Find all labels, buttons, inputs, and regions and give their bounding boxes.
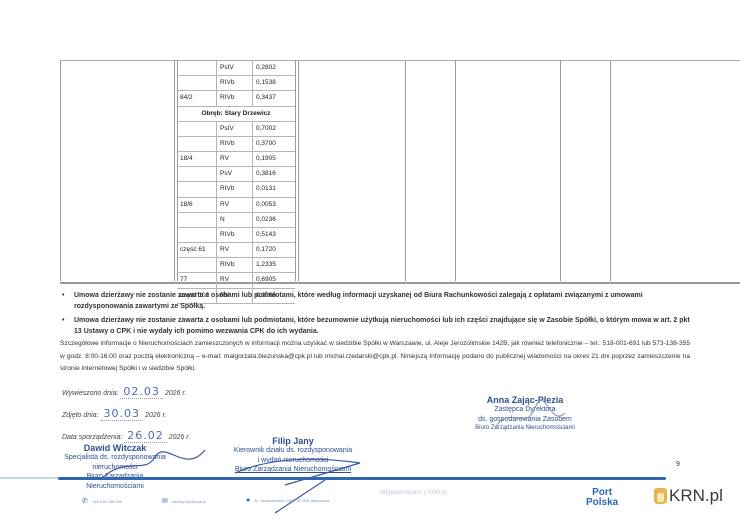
table-row: RIVb0,1538 — [177, 76, 295, 91]
area-cell: 1,2335 — [253, 258, 295, 272]
parcel-subtable: PsIV0,2802RIVb0,153884/2RIVb0,3437 Obręb… — [177, 61, 295, 304]
class-cell: PsIV — [217, 122, 253, 136]
parcel-cell — [177, 61, 217, 75]
table-row: PsIV0,2802 — [177, 61, 295, 76]
port-polska-logo: Port Polska — [586, 488, 618, 508]
parcel-cell: 84/2 — [177, 91, 217, 105]
parcel-cell: 18/4 — [177, 152, 217, 166]
footer-email: ✉ zasoby.cpk@cpk.pl — [162, 497, 206, 505]
table-row: 18/4RV0,1905 — [177, 152, 295, 167]
class-cell: N — [217, 213, 253, 227]
area-cell: 0,3816 — [253, 167, 295, 181]
area-cell: 0,0236 — [253, 213, 295, 227]
area-cell: 0,6905 — [253, 273, 295, 287]
table-divider — [560, 60, 561, 281]
page-number: 9 — [676, 461, 680, 468]
footer-address: ● Al. Jerozolimskie 142B, 02-305 Warszaw… — [246, 497, 329, 504]
location-pin-icon: ● — [246, 497, 250, 504]
condition-item: Umowa dzierżawy nie zostanie zawarta z o… — [60, 315, 690, 337]
table-divider — [405, 60, 406, 281]
table-row: 77RV0,6905 — [177, 273, 295, 288]
conditions-list: Umowa dzierżawy nie zostanie zawarta z o… — [60, 290, 690, 340]
class-cell: PsV — [217, 167, 253, 181]
table-row: RIVb0,0131 — [177, 182, 295, 197]
removed-date-value: 30.03 — [101, 407, 144, 421]
table-divider — [455, 60, 456, 281]
area-cell: 0,0131 — [253, 182, 295, 196]
parcel-cell — [177, 122, 217, 136]
class-cell: RIVb — [217, 76, 253, 90]
area-cell: 0,0053 — [253, 198, 295, 212]
phone-icon: ✆ — [82, 497, 88, 505]
class-cell: RV — [217, 273, 253, 287]
posted-date: Wywieszono dnia: 02.03 2026 r. — [62, 385, 186, 398]
area-cell: 0,1905 — [253, 152, 295, 166]
area-cell: 0,7002 — [253, 122, 295, 136]
prepared-date: Data sporządzenia: 26.02 2026 r. — [62, 429, 190, 442]
table-row: część 61RV0,1720 — [177, 243, 295, 258]
table-row: PsIV0,7002 — [177, 122, 295, 137]
parcel-table — [60, 60, 740, 284]
parcel-cell — [177, 213, 217, 227]
class-cell: RIVb — [217, 258, 253, 272]
info-paragraph: Szczegółowe informacje o Nieruchomościac… — [60, 338, 690, 376]
area-cell: 0,3437 — [253, 91, 295, 105]
condition-item: Umowa dzierżawy nie zostanie zawarta z o… — [60, 290, 690, 312]
removed-date: Zdjęto dnia: 30.03 2026 r. — [62, 407, 167, 420]
house-icon — [654, 488, 667, 504]
class-cell: RIVb — [217, 182, 253, 196]
email-icon: ✉ — [162, 497, 168, 505]
prepared-date-value: 26.02 — [124, 429, 167, 443]
footer-rule — [58, 477, 666, 480]
class-cell: RV — [217, 152, 253, 166]
krn-logo[interactable]: KRN.pl — [654, 486, 723, 506]
area-cell: 0,2802 — [253, 61, 295, 75]
table-row: RIVb0,3700 — [177, 137, 295, 152]
table-row: RIVb1,2335 — [177, 258, 295, 273]
parcel-cell: część 61 — [177, 243, 217, 257]
area-cell: 0,1538 — [253, 76, 295, 90]
table-divider — [174, 60, 175, 281]
class-cell: RV — [217, 243, 253, 257]
table-row: PsV0,3816 — [177, 167, 295, 182]
area-cell: 0,5143 — [253, 228, 295, 242]
parcel-cell — [177, 76, 217, 90]
parcel-cell — [177, 228, 217, 242]
table-divider — [610, 60, 611, 281]
class-cell: PsIV — [217, 61, 253, 75]
table-row: N0,0236 — [177, 213, 295, 228]
table-divider — [60, 60, 61, 281]
posted-date-value: 02.03 — [120, 385, 163, 399]
class-cell: RV — [217, 198, 253, 212]
parcel-cell — [177, 258, 217, 272]
class-cell: RIVb — [217, 137, 253, 151]
class-cell: RIVb — [217, 228, 253, 242]
table-divider — [295, 60, 296, 281]
table-divider — [298, 60, 299, 281]
area-cell: 0,1720 — [253, 243, 295, 257]
parcel-cell: 18/6 — [177, 198, 217, 212]
table-row: 84/2RIVb0,3437 — [177, 91, 295, 106]
parcel-cell — [177, 182, 217, 196]
parcel-cell — [177, 167, 217, 181]
parcel-cell — [177, 137, 217, 151]
parcel-cell: 77 — [177, 273, 217, 287]
watermark: Wygenerowano z KRN.pl — [380, 490, 447, 496]
table-row: RIVb0,5143 — [177, 228, 295, 243]
obreb-header: Obręb: Stary Drzewicz — [177, 107, 295, 122]
signature-block-witczak: Dawid Witczak Specjalista ds. rozdyspono… — [60, 443, 170, 491]
document-page: PsIV0,2802RIVb0,153884/2RIVb0,3437 Obręb… — [0, 0, 740, 524]
table-row: 18/6RV0,0053 — [177, 198, 295, 213]
signature-block-zajac-plezia: Anna Zając-Plezia Zastępca Dyrektora ds.… — [455, 395, 595, 434]
footer-phone: ✆ +48 518 188 000 — [82, 497, 122, 505]
area-cell: 0,3700 — [253, 137, 295, 151]
footer-rule — [0, 477, 58, 479]
signature-block-jany: Filip Jany Kierownik działu ds. rozdyspo… — [218, 436, 368, 475]
class-cell: RIVb — [217, 91, 253, 105]
